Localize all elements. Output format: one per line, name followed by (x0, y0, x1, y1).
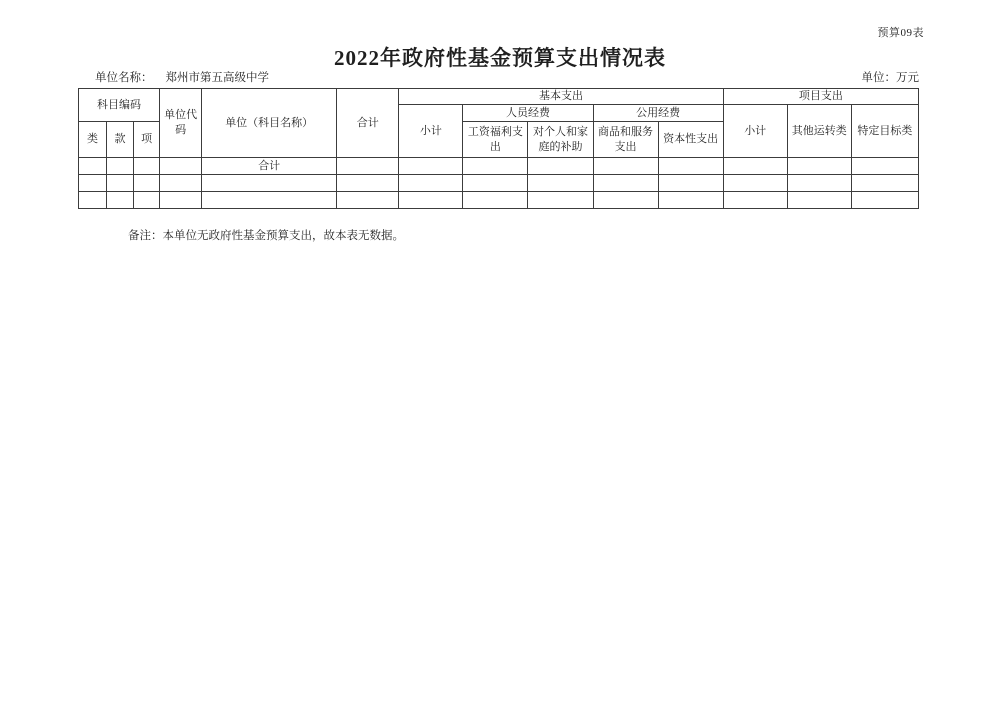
table-cell (107, 192, 134, 209)
table-cell (160, 175, 202, 192)
header-specific-target: 特定目标类 (851, 105, 918, 158)
table-cell (787, 175, 851, 192)
header-other-operational: 其他运转类 (787, 105, 851, 158)
table-row (79, 192, 919, 209)
unit-name-value: 郑州市第五高级中学 (166, 72, 270, 84)
table-header-row-1: 科目编码 单位代码 单位（科目名称） 合计 基本支出 项目支出 (79, 89, 919, 105)
meta-row: 单位名称：郑州市第五高级中学 单位：万元 (78, 69, 919, 85)
table-cell (463, 175, 528, 192)
table-cell (851, 192, 918, 209)
header-capital-expenditure: 资本性支出 (658, 122, 723, 158)
header-class: 类 (79, 122, 107, 158)
unit-scale-label: 单位：万元 (862, 69, 920, 85)
table-cell (787, 192, 851, 209)
header-section: 款 (107, 122, 134, 158)
table-row (79, 175, 919, 192)
header-goods-services: 商品和服务支出 (593, 122, 658, 158)
table-cell (337, 192, 399, 209)
table-cell (658, 158, 723, 175)
table-cell (593, 192, 658, 209)
table-cell (658, 175, 723, 192)
form-code-label: 预算09表 (878, 24, 925, 40)
header-unit-subject-name: 单位（科目名称） (202, 89, 337, 158)
header-basic-expenditure: 基本支出 (399, 89, 723, 105)
table-cell (134, 192, 160, 209)
unit-name-line: 单位名称：郑州市第五高级中学 (78, 69, 269, 85)
table-cell (337, 158, 399, 175)
table-row: 合计 (79, 158, 919, 175)
table-cell (134, 175, 160, 192)
table-cell (160, 192, 202, 209)
table-cell (723, 192, 787, 209)
table-cell (593, 175, 658, 192)
document-page: 预算09表 2022年政府性基金预算支出情况表 单位名称：郑州市第五高级中学 单… (0, 0, 1000, 707)
table-cell (463, 158, 528, 175)
table-cell (399, 158, 463, 175)
table-cell (851, 158, 918, 175)
header-wage-welfare: 工资福利支出 (463, 122, 528, 158)
page-title: 2022年政府性基金预算支出情况表 (0, 42, 1000, 72)
budget-table: 科目编码 单位代码 单位（科目名称） 合计 基本支出 项目支出 小计 人员经费 … (78, 88, 919, 209)
body-total-label: 合计 (202, 158, 337, 175)
table-cell (593, 158, 658, 175)
table-cell (723, 158, 787, 175)
header-subject-code: 科目编码 (79, 89, 160, 122)
table-cell (160, 158, 202, 175)
table-cell (107, 175, 134, 192)
table-cell (528, 175, 593, 192)
header-project-expenditure: 项目支出 (723, 89, 918, 105)
table-cell (79, 158, 107, 175)
table-cell (79, 175, 107, 192)
header-item: 项 (134, 122, 160, 158)
table-cell (528, 192, 593, 209)
header-public-funds: 公用经费 (593, 105, 723, 122)
table-cell (723, 175, 787, 192)
header-basic-subtotal: 小计 (399, 105, 463, 158)
header-unit-code: 单位代码 (160, 89, 202, 158)
table-cell (79, 192, 107, 209)
table-cell (787, 158, 851, 175)
table-cell (337, 175, 399, 192)
table-cell (202, 192, 337, 209)
table-cell (658, 192, 723, 209)
table-cell (134, 158, 160, 175)
table-cell (851, 175, 918, 192)
table-cell (463, 192, 528, 209)
table-cell (528, 158, 593, 175)
unit-name-label: 单位名称： (95, 72, 153, 84)
header-project-subtotal: 小计 (723, 105, 787, 158)
table-cell (107, 158, 134, 175)
footnote: 备注：本单位无政府性基金预算支出，故本表无数据。 (128, 227, 404, 243)
header-personnel-funds: 人员经费 (463, 105, 593, 122)
table-cell (399, 175, 463, 192)
header-total: 合计 (337, 89, 399, 158)
table-cell (202, 175, 337, 192)
header-individual-family-subsidy: 对个人和家庭的补助 (528, 122, 593, 158)
table-cell (399, 192, 463, 209)
